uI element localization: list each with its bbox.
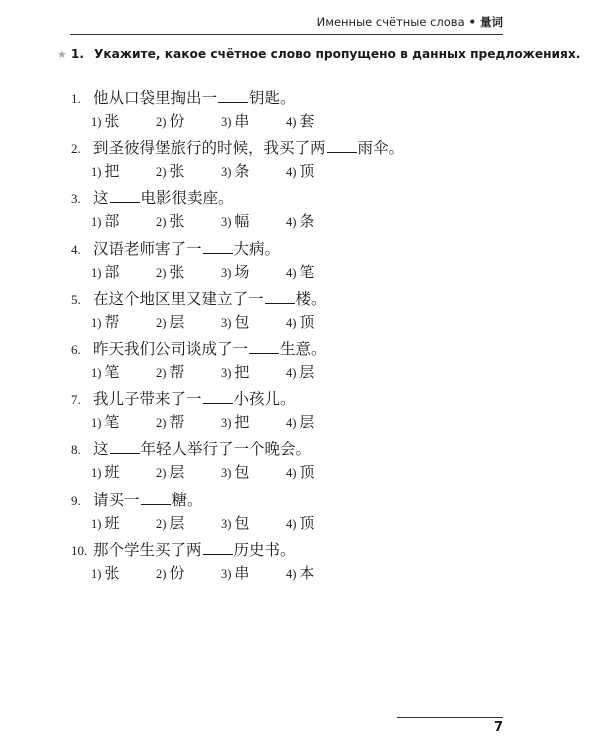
option-label: 4) [286,416,296,430]
sentence-before-blank: 我儿子带来了一 [93,391,202,408]
option-text: 层 [169,465,184,481]
star-icon: ★ [57,48,67,61]
question-item: 9.请买一糖。1)班2)层3)包4)顶 [71,490,531,540]
answer-option[interactable]: 3)串 [221,562,286,586]
answer-blank[interactable] [265,289,295,304]
answer-option[interactable]: 1)班 [91,461,156,485]
option-label: 3) [221,266,231,280]
answer-blank[interactable] [110,188,140,203]
sentence-after-blank: 生意。 [280,341,327,358]
option-text: 套 [299,114,314,130]
answer-option[interactable]: 4)本 [286,562,351,586]
answer-option[interactable]: 3)把 [221,361,286,385]
sentence-after-blank: 雨伞。 [358,140,405,157]
task-instruction: Укажите, какое счётное слово пропущено в… [94,47,580,61]
sentence-after-blank: 钥匙。 [249,90,296,107]
sentence-before-blank: 那个学生买了两 [93,542,202,559]
option-text: 顶 [299,164,314,180]
option-text: 笔 [104,415,119,431]
answer-option[interactable]: 4)顶 [286,160,351,184]
answer-option[interactable]: 3)串 [221,110,286,134]
answer-blank[interactable] [110,439,140,454]
answer-blank[interactable] [327,138,357,153]
answer-option[interactable]: 3)包 [221,512,286,536]
answer-options: 1)笔2)帮3)把4)层 [91,411,531,435]
answer-option[interactable]: 4)套 [286,110,351,134]
option-text: 层 [169,516,184,532]
option-text: 条 [234,164,249,180]
option-text: 包 [234,516,249,532]
answer-option[interactable]: 2)层 [156,461,221,485]
running-head-title-cn: 量词 [480,15,503,29]
answer-option[interactable]: 3)幅 [221,210,286,234]
option-label: 4) [286,466,296,480]
option-label: 3) [221,366,231,380]
answer-option[interactable]: 4)层 [286,361,351,385]
option-text: 层 [299,415,314,431]
option-label: 2) [156,517,166,531]
question-sentence: 5.在这个地区里又建立了一楼。 [71,289,531,311]
answer-option[interactable]: 2)帮 [156,411,221,435]
question-number: 9. [71,490,93,512]
question-sentence: 6.昨天我们公司谈成了一生意。 [71,339,531,361]
option-text: 帮 [169,365,184,381]
answer-options: 1)张2)份3)串4)套 [91,110,531,134]
option-text: 本 [299,566,314,582]
option-text: 帮 [104,315,119,331]
question-item: 3.这电影很卖座。1)部2)张3)幅4)条 [71,188,531,238]
answer-option[interactable]: 2)张 [156,160,221,184]
answer-option[interactable]: 2)层 [156,512,221,536]
option-label: 1) [91,517,101,531]
option-text: 笔 [299,265,314,281]
answer-option[interactable]: 1)把 [91,160,156,184]
option-text: 班 [104,465,119,481]
option-label: 3) [221,567,231,581]
answer-option[interactable]: 1)张 [91,110,156,134]
option-label: 2) [156,316,166,330]
question-sentence: 4.汉语老师害了一大病。 [71,239,531,261]
header-rule [70,34,503,35]
option-text: 包 [234,465,249,481]
sentence-after-blank: 大病。 [234,241,281,258]
answer-option[interactable]: 2)张 [156,210,221,234]
question-number: 10. [71,540,93,562]
answer-option[interactable]: 2)张 [156,261,221,285]
answer-option[interactable]: 3)包 [221,461,286,485]
option-label: 2) [156,215,166,229]
sentence-before-blank: 他从口袋里掏出一 [93,90,217,107]
answer-blank[interactable] [203,540,233,555]
answer-option[interactable]: 1)帮 [91,311,156,335]
answer-option[interactable]: 1)部 [91,261,156,285]
question-sentence: 8.这年轻人举行了一个晚会。 [71,439,531,461]
question-list: 1.他从口袋里掏出一钥匙。1)张2)份3)串4)套2.到圣彼得堡旅行的时候，我买… [71,88,531,590]
answer-option[interactable]: 4)笔 [286,261,351,285]
question-number: 6. [71,339,93,361]
option-text: 把 [234,415,249,431]
answer-option[interactable]: 3)场 [221,261,286,285]
option-label: 1) [91,567,101,581]
option-label: 2) [156,266,166,280]
running-head-title-ru: Именные счётные слова [317,15,465,29]
running-head: Именные счётные слова•量词 [70,14,503,30]
page-number: 7 [470,720,503,735]
option-label: 2) [156,115,166,129]
option-label: 3) [221,416,231,430]
answer-option[interactable]: 1)笔 [91,411,156,435]
option-label: 4) [286,165,296,179]
answer-options: 1)班2)层3)包4)顶 [91,512,531,536]
question-item: 6.昨天我们公司谈成了一生意。1)笔2)帮3)把4)层 [71,339,531,389]
answer-options: 1)张2)份3)串4)本 [91,562,531,586]
option-text: 层 [169,315,184,331]
option-text: 包 [234,315,249,331]
sentence-before-blank: 这 [93,441,109,458]
answer-option[interactable]: 1)笔 [91,361,156,385]
answer-options: 1)部2)张3)场4)笔 [91,261,531,285]
option-text: 张 [169,214,184,230]
option-label: 3) [221,215,231,229]
bullet-separator-icon: • [469,15,476,29]
answer-options: 1)帮2)层3)包4)顶 [91,311,531,335]
option-label: 4) [286,517,296,531]
sentence-before-blank: 到圣彼得堡旅行的时候，我买了两 [93,140,326,157]
option-text: 条 [299,214,314,230]
question-number: 7. [71,389,93,411]
sentence-before-blank: 汉语老师害了一 [93,241,202,258]
answer-option[interactable]: 1)部 [91,210,156,234]
option-text: 顶 [299,315,314,331]
option-label: 3) [221,165,231,179]
option-label: 3) [221,115,231,129]
question-item: 2.到圣彼得堡旅行的时候，我买了两雨伞。1)把2)张3)条4)顶 [71,138,531,188]
answer-option[interactable]: 4)条 [286,210,351,234]
answer-option[interactable]: 3)条 [221,160,286,184]
question-sentence: 9.请买一糖。 [71,490,531,512]
answer-options: 1)部2)张3)幅4)条 [91,210,531,234]
answer-option[interactable]: 2)帮 [156,361,221,385]
answer-option[interactable]: 1)班 [91,512,156,536]
option-text: 顶 [299,465,314,481]
option-label: 1) [91,266,101,280]
option-label: 4) [286,215,296,229]
option-label: 2) [156,567,166,581]
question-number: 3. [71,188,93,210]
option-label: 1) [91,316,101,330]
question-number: 2. [71,138,93,160]
option-label: 1) [91,366,101,380]
question-item: 7.我儿子带来了一小孩儿。1)笔2)帮3)把4)层 [71,389,531,439]
option-label: 4) [286,567,296,581]
option-label: 2) [156,366,166,380]
question-sentence: 10.那个学生买了两历史书。 [71,540,531,562]
answer-options: 1)笔2)帮3)把4)层 [91,361,531,385]
sentence-before-blank: 请买一 [93,492,140,509]
option-label: 4) [286,316,296,330]
answer-option[interactable]: 4)顶 [286,461,351,485]
sentence-after-blank: 糖。 [172,492,203,509]
question-item: 1.他从口袋里掏出一钥匙。1)张2)份3)串4)套 [71,88,531,138]
answer-option[interactable]: 4)顶 [286,512,351,536]
question-sentence: 3.这电影很卖座。 [71,188,531,210]
option-label: 4) [286,266,296,280]
question-item: 5.在这个地区里又建立了一楼。1)帮2)层3)包4)顶 [71,289,531,339]
option-label: 4) [286,115,296,129]
option-text: 张 [169,164,184,180]
question-sentence: 1.他从口袋里掏出一钥匙。 [71,88,531,110]
option-label: 4) [286,366,296,380]
question-sentence: 7.我儿子带来了一小孩儿。 [71,389,531,411]
sentence-after-blank: 小孩儿。 [234,391,296,408]
answer-option[interactable]: 1)张 [91,562,156,586]
option-text: 张 [169,265,184,281]
answer-blank[interactable] [203,389,233,404]
task-heading: ★1.Укажите, какое счётное слово пропущен… [57,47,580,61]
option-text: 部 [104,265,119,281]
option-text: 场 [234,265,249,281]
sentence-after-blank: 年轻人举行了一个晚会。 [141,441,312,458]
option-label: 2) [156,165,166,179]
option-text: 把 [104,164,119,180]
option-label: 1) [91,466,101,480]
option-label: 3) [221,517,231,531]
answer-option[interactable]: 2)层 [156,311,221,335]
option-text: 份 [169,114,184,130]
sentence-after-blank: 电影很卖座。 [141,190,234,207]
option-text: 班 [104,516,119,532]
option-text: 幅 [234,214,249,230]
option-text: 串 [234,114,249,130]
sentence-before-blank: 在这个地区里又建立了一 [93,291,264,308]
sentence-before-blank: 这 [93,190,109,207]
sentence-after-blank: 历史书。 [234,542,296,559]
question-sentence: 2.到圣彼得堡旅行的时候，我买了两雨伞。 [71,138,531,160]
answer-blank[interactable] [218,88,248,103]
answer-options: 1)班2)层3)包4)顶 [91,461,531,485]
option-label: 3) [221,466,231,480]
option-text: 层 [299,365,314,381]
task-number: 1. [71,47,84,61]
option-label: 1) [91,165,101,179]
question-number: 5. [71,289,93,311]
question-item: 4.汉语老师害了一大病。1)部2)张3)场4)笔 [71,239,531,289]
option-text: 帮 [169,415,184,431]
option-text: 张 [104,566,119,582]
answer-option[interactable]: 3)包 [221,311,286,335]
option-text: 部 [104,214,119,230]
footer-rule [397,717,503,718]
answer-blank[interactable] [249,339,279,354]
option-label: 2) [156,466,166,480]
option-label: 1) [91,215,101,229]
answer-option[interactable]: 3)把 [221,411,286,435]
option-text: 串 [234,566,249,582]
answer-options: 1)把2)张3)条4)顶 [91,160,531,184]
sentence-before-blank: 昨天我们公司谈成了一 [93,341,248,358]
answer-option[interactable]: 2)份 [156,562,221,586]
option-text: 张 [104,114,119,130]
option-text: 笔 [104,365,119,381]
option-text: 顶 [299,516,314,532]
option-text: 把 [234,365,249,381]
answer-blank[interactable] [203,239,233,254]
question-number: 1. [71,88,93,110]
answer-option[interactable]: 4)层 [286,411,351,435]
answer-blank[interactable] [141,490,171,505]
answer-option[interactable]: 2)份 [156,110,221,134]
option-label: 2) [156,416,166,430]
question-number: 4. [71,239,93,261]
question-item: 10.那个学生买了两历史书。1)张2)份3)串4)本 [71,540,531,590]
answer-option[interactable]: 4)顶 [286,311,351,335]
question-number: 8. [71,439,93,461]
question-item: 8.这年轻人举行了一个晚会。1)班2)层3)包4)顶 [71,439,531,489]
option-label: 3) [221,316,231,330]
option-label: 1) [91,115,101,129]
option-label: 1) [91,416,101,430]
sentence-after-blank: 楼。 [296,291,327,308]
option-text: 份 [169,566,184,582]
